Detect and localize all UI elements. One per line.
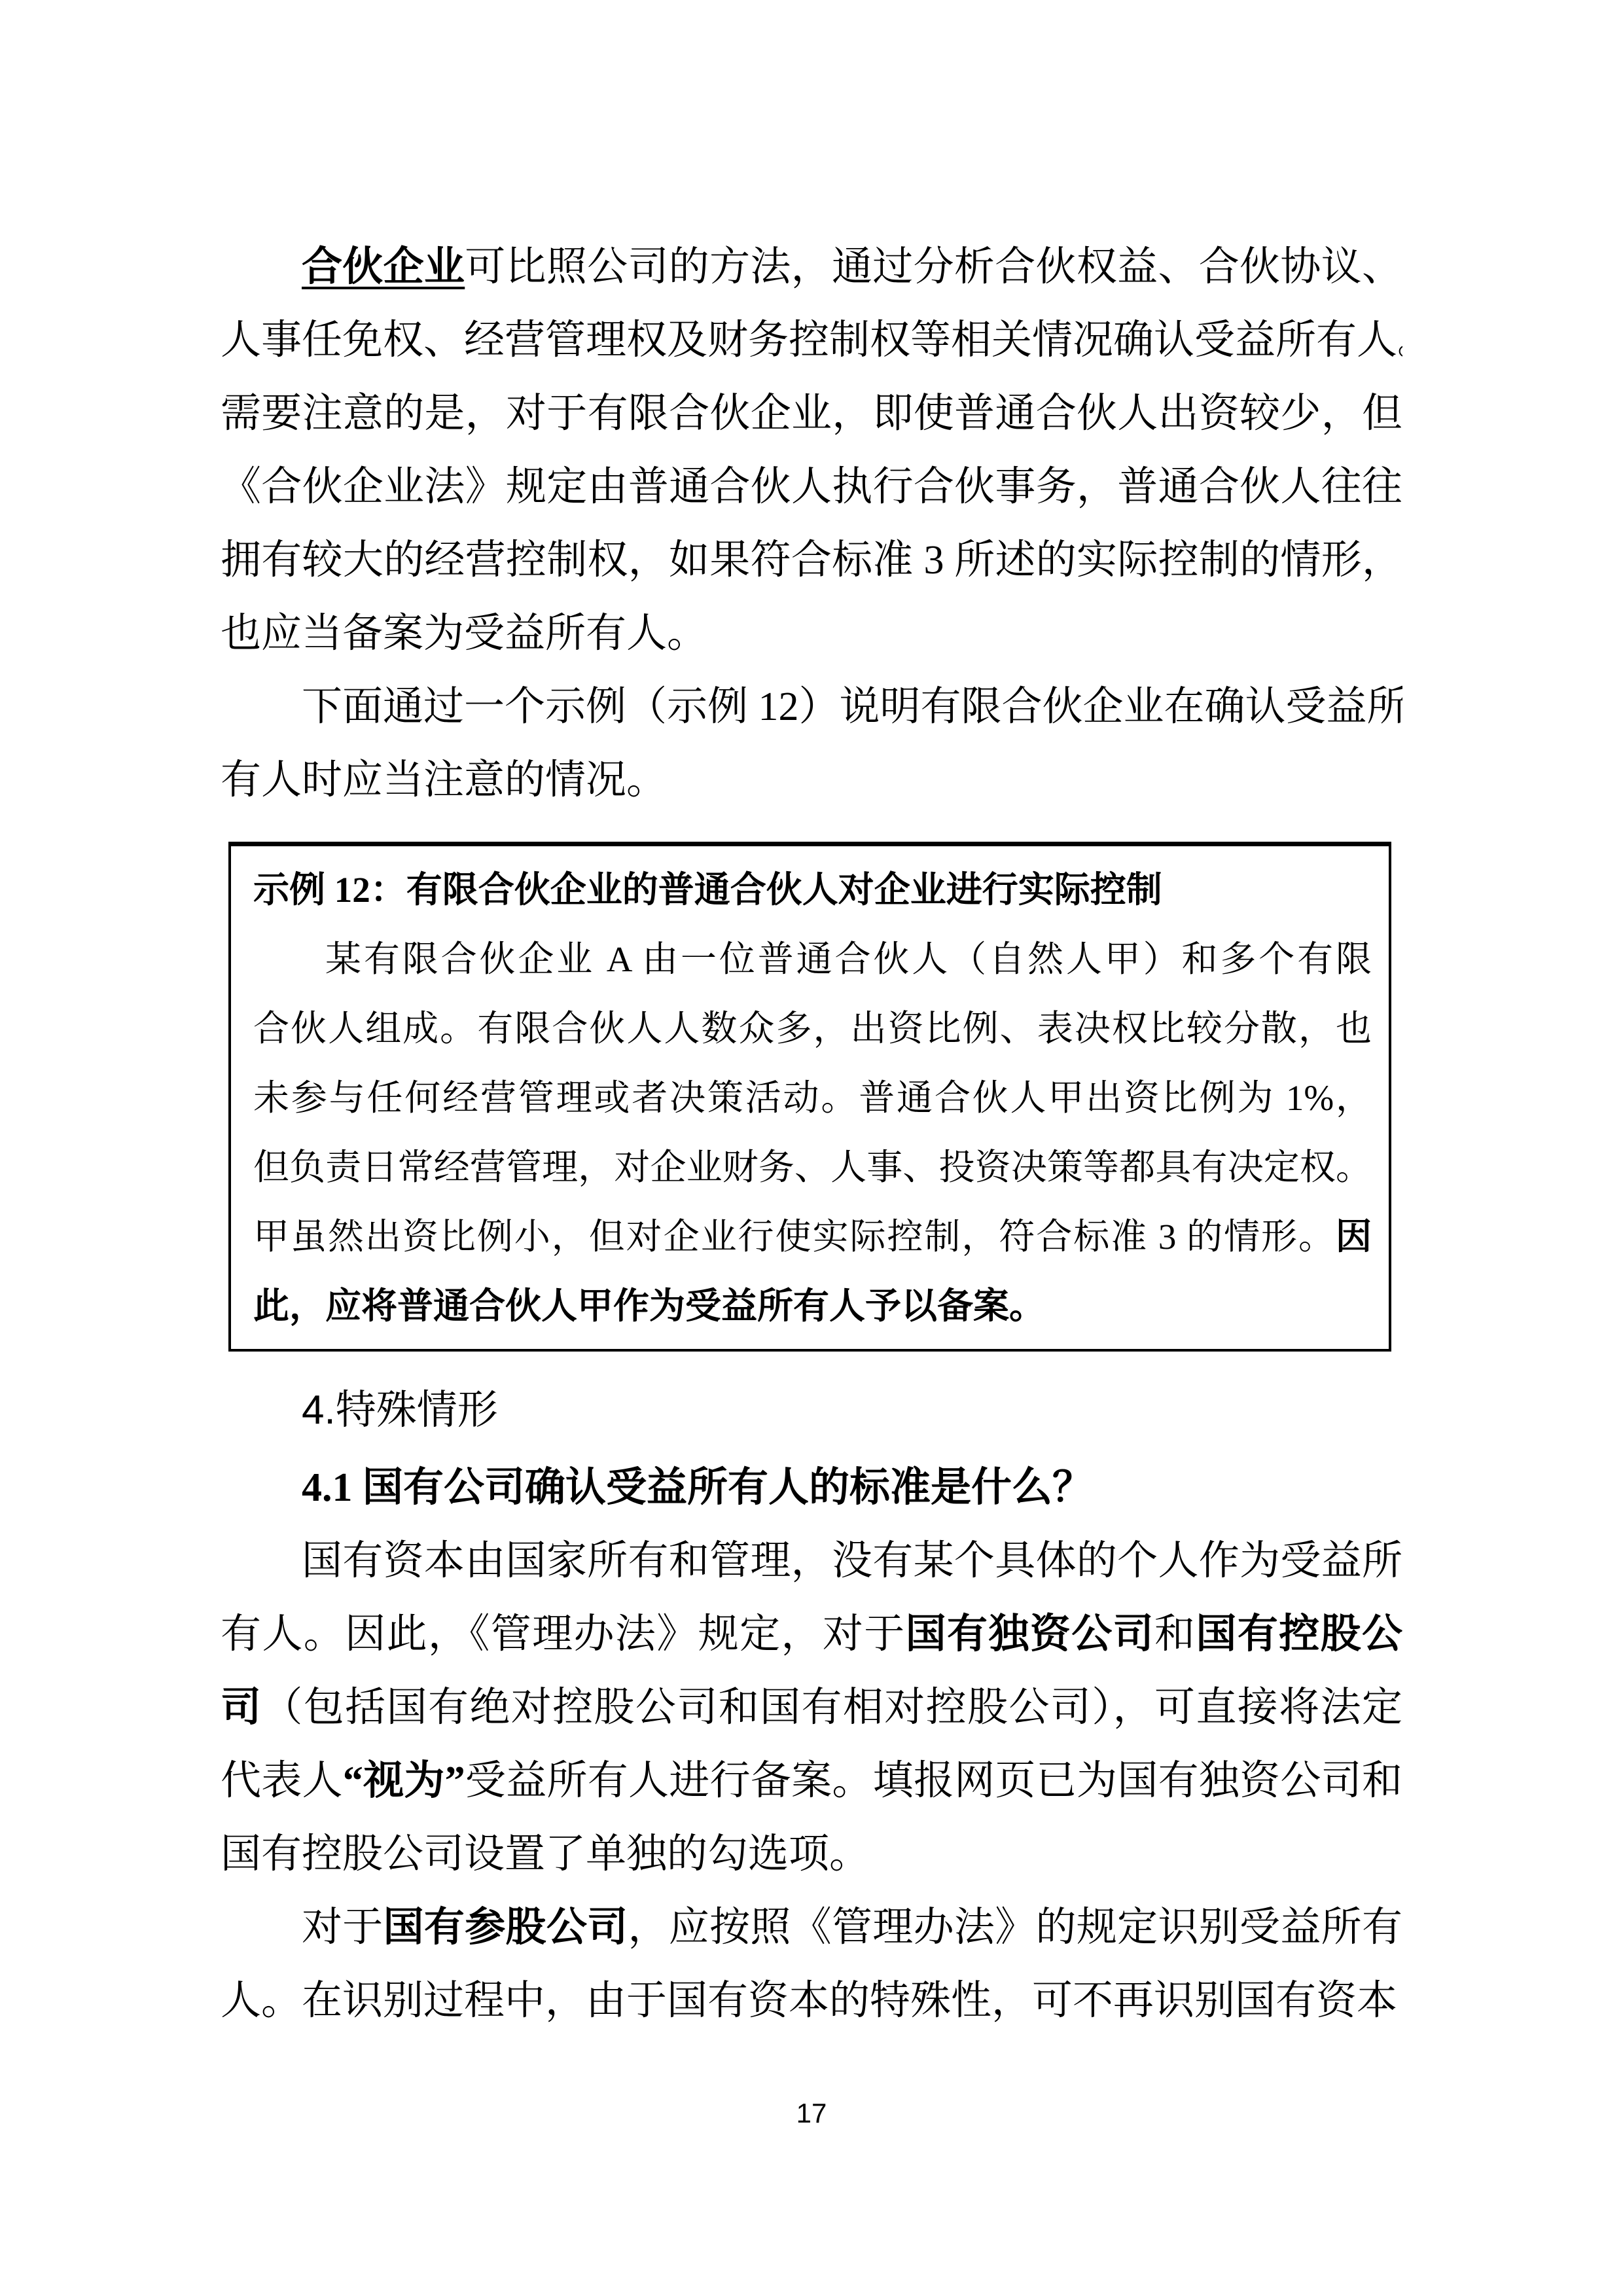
text-line: 有人时应当注意的情况。 xyxy=(221,744,1402,817)
text-segment: “视为” xyxy=(343,1759,465,1803)
example-12-title: 示例 12：有限合伙企业的普通合伙人对企业进行实际控制 xyxy=(253,855,1372,925)
text-segment: 国有参股公司 xyxy=(383,1905,628,1950)
text-segment: 对于 xyxy=(302,1905,383,1950)
text-line: 人。在识别过程中，由于国有资本的特殊性，可不再识别国有资本 xyxy=(221,1964,1402,2037)
example-12-body: 某有限合伙企业 A 由一位普通合伙人（自然人甲）和多个有限合伙人组成。有限合伙人… xyxy=(253,925,1372,1341)
text-segment: 此，应将普通合伙人甲作为受益所有人予以备案。 xyxy=(253,1286,1045,1326)
text-segment: 受益所有人进行备案。填报网页已为国有独资公司和 xyxy=(465,1759,1402,1803)
text-line: 国有控股公司设置了单独的勾选项。 xyxy=(221,1818,1402,1891)
text-segment: 也应当备案为受益所有人。 xyxy=(221,611,707,656)
text-segment: 人事任免权、经营管理权及财务控制权等相关情况确认受益所有人。 xyxy=(221,318,1402,363)
subsection-heading-soe-standard: 4.1 国有公司确认受益所有人的标准是什么？ xyxy=(221,1451,1402,1524)
text-line: 示例 12：有限合伙企业的普通合伙人对企业进行实际控制 xyxy=(253,855,1372,925)
example-12-box: 示例 12：有限合伙企业的普通合伙人对企业进行实际控制 某有限合伙企业 A 由一… xyxy=(228,842,1391,1352)
paragraph-state-owned-companies: 国有资本由国家所有和管理，没有某个具体的个人作为受益所有人。因此，《管理办法》规… xyxy=(221,1524,1402,1891)
text-line: 《合伙企业法》规定由普通合伙人执行合伙事务，普通合伙人往往 xyxy=(221,450,1402,524)
text-segment: 未参与任何经营管理或者决策活动。普通合伙人甲出资比例为 1%， xyxy=(253,1078,1372,1118)
text-segment: 国有控股公 xyxy=(1196,1612,1402,1657)
text-segment: 代表人 xyxy=(221,1759,343,1803)
text-segment: 某有限合伙企业 A 由一位普通合伙人（自然人甲）和多个有限 xyxy=(325,939,1372,979)
paragraph-state-participation-companies: 对于国有参股公司，应按照《管理办法》的规定识别受益所有人。在识别过程中，由于国有… xyxy=(221,1891,1402,2037)
text-line: 需要注意的是，对于有限合伙企业，即使普通合伙人出资较少，但 xyxy=(221,377,1402,450)
text-segment: 有人。因此，《管理办法》规定，对于 xyxy=(221,1612,906,1657)
text-segment: 司 xyxy=(221,1685,262,1730)
text-segment: 可比照公司的方法，通过分析合伙权益、合伙协议、 xyxy=(465,245,1402,289)
paragraph-partnership-rules: 合伙企业可比照公司的方法，通过分析合伙权益、合伙协议、人事任免权、经营管理权及财… xyxy=(221,230,1402,670)
text-line: 国有资本由国家所有和管理，没有某个具体的个人作为受益所 xyxy=(221,1524,1402,1598)
text-line: 有人。因此，《管理办法》规定，对于国有独资公司和国有控股公 xyxy=(221,1598,1402,1671)
text-line: 合伙人组成。有限合伙人人数众多，出资比例、表决权比较分散，也 xyxy=(253,994,1372,1064)
text-segment: 下面通过一个示例（示例 12）说明有限合伙企业在确认受益所 xyxy=(302,685,1402,729)
text-segment: 合伙企业 xyxy=(302,245,465,289)
text-segment: 拥有较大的经营控制权，如果符合标准 3 所述的实际控制的情形， xyxy=(221,538,1402,583)
text-segment: 但负责日常经营管理，对企业财务、人事、投资决策等都具有决定权。 xyxy=(253,1147,1372,1187)
text-segment: 《合伙企业法》规定由普通合伙人执行合伙事务，普通合伙人往往 xyxy=(221,465,1402,509)
page-number: 17 xyxy=(796,2098,827,2128)
text-segment: 国有资本由国家所有和管理，没有某个具体的个人作为受益所 xyxy=(302,1539,1402,1583)
text-segment: 国有独资公司 xyxy=(906,1612,1154,1657)
text-segment: 和 xyxy=(1154,1612,1196,1657)
text-line: 对于国有参股公司，应按照《管理办法》的规定识别受益所有 xyxy=(221,1891,1402,1964)
text-segment: 需要注意的是，对于有限合伙企业，即使普通合伙人出资较少，但 xyxy=(221,391,1402,436)
text-segment: 因 xyxy=(1336,1217,1372,1257)
text-line: 此，应将普通合伙人甲作为受益所有人予以备案。 xyxy=(253,1272,1372,1341)
text-segment: 示例 12：有限合伙企业的普通合伙人对企业进行实际控制 xyxy=(253,870,1162,910)
document-page: 合伙企业可比照公司的方法，通过分析合伙权益、合伙协议、人事任免权、经营管理权及财… xyxy=(0,0,1623,2296)
text-line: 甲虽然出资比例小，但对企业行使实际控制，符合标准 3 的情形。因 xyxy=(253,1202,1372,1272)
text-segment: 合伙人组成。有限合伙人人数众多，出资比例、表决权比较分散，也 xyxy=(253,1009,1372,1049)
page-footer: 17 xyxy=(0,2098,1623,2128)
text-line: 合伙企业可比照公司的方法，通过分析合伙权益、合伙协议、 xyxy=(221,230,1402,304)
text-line: 司（包括国有绝对控股公司和国有相对控股公司），可直接将法定 xyxy=(221,1671,1402,1744)
text-segment: （包括国有绝对控股公司和国有相对控股公司），可直接将法定 xyxy=(262,1685,1402,1730)
text-segment: ，应按照《管理办法》的规定识别受益所有 xyxy=(628,1905,1402,1950)
text-line: 也应当备案为受益所有人。 xyxy=(221,597,1402,670)
text-segment: 甲虽然出资比例小，但对企业行使实际控制，符合标准 3 的情形。 xyxy=(253,1217,1336,1257)
text-line: 下面通过一个示例（示例 12）说明有限合伙企业在确认受益所 xyxy=(221,670,1402,744)
page-content: 合伙企业可比照公司的方法，通过分析合伙权益、合伙协议、人事任免权、经营管理权及财… xyxy=(0,0,1623,2037)
text-segment: 国有控股公司设置了单独的勾选项。 xyxy=(221,1832,870,1876)
paragraph-example-intro: 下面通过一个示例（示例 12）说明有限合伙企业在确认受益所有人时应当注意的情况。 xyxy=(221,670,1402,817)
text-segment: 有人时应当注意的情况。 xyxy=(221,758,667,802)
text-segment: 人。在识别过程中，由于国有资本的特殊性，可不再识别国有资本 xyxy=(221,1979,1397,2023)
text-line: 但负责日常经营管理，对企业财务、人事、投资决策等都具有决定权。 xyxy=(253,1133,1372,1202)
text-line: 某有限合伙企业 A 由一位普通合伙人（自然人甲）和多个有限 xyxy=(253,925,1372,994)
section-heading-special-cases: 4.特殊情形 xyxy=(221,1374,1402,1447)
text-line: 未参与任何经营管理或者决策活动。普通合伙人甲出资比例为 1%， xyxy=(253,1064,1372,1133)
text-line: 拥有较大的经营控制权，如果符合标准 3 所述的实际控制的情形， xyxy=(221,524,1402,597)
text-line: 人事任免权、经营管理权及财务控制权等相关情况确认受益所有人。 xyxy=(221,304,1402,377)
text-line: 代表人“视为”受益所有人进行备案。填报网页已为国有独资公司和 xyxy=(221,1744,1402,1818)
